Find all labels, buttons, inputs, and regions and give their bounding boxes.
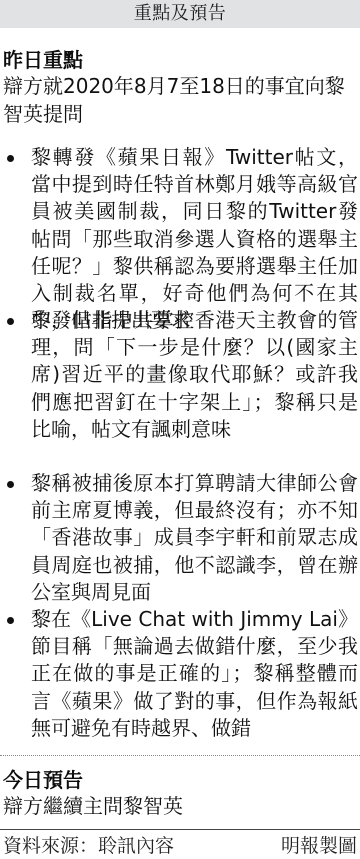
bullet-icon xyxy=(7,617,14,624)
highlight-text: 黎在《Live Chat with Jimmy Lai》節目稱「無論過去做錯什麼… xyxy=(31,607,358,740)
highlight-item: 黎在《Live Chat with Jimmy Lai》節目稱「無論過去做錯什麼… xyxy=(0,606,360,742)
highlight-text: 黎發帖指中共掌控香港天主教會的管理，問「下一步是什麼？以(國家主席)習近平的畫像… xyxy=(31,308,358,441)
today-text: 辯方繼續主問黎智英 xyxy=(3,793,359,821)
panel-title: 重點及預告 xyxy=(134,3,227,24)
yesterday-intro: 辯方就2020年8月7至18日的事宜向黎智英提問 xyxy=(3,73,359,128)
bullet-icon xyxy=(7,155,14,162)
highlight-text: 黎稱被捕後原本打算聘請大律師公會前主席夏博義，但最終沒有；亦不知「香港故事」成員… xyxy=(31,471,358,604)
highlight-text: 黎轉發《蘋果日報》Twitter帖文，當中提到時任特首林鄭月娥等高級官員被美國制… xyxy=(31,145,358,332)
today-section-title: 今日預告 xyxy=(3,764,83,793)
yesterday-highlights-list: 黎轉發《蘋果日報》Twitter帖文，當中提到時任特首林鄭月娥等高級官員被美國制… xyxy=(0,144,360,742)
source-credit: 資料來源：聆訊內容 xyxy=(3,831,174,858)
yesterday-section-title: 昨日重點 xyxy=(3,44,83,73)
bullet-icon xyxy=(7,318,14,325)
highlight-item: 黎轉發《蘋果日報》Twitter帖文，當中提到時任特首林鄭月娥等高級官員被美國制… xyxy=(0,144,360,307)
footer: 資料來源：聆訊內容 明報製圖 xyxy=(3,830,357,859)
highlight-item: 黎稱被捕後原本打算聘請大律師公會前主席夏博義，但最終沒有；亦不知「香港故事」成員… xyxy=(0,470,360,606)
panel-header: 重點及預告 xyxy=(0,0,360,28)
highlight-item: 黎發帖指中共掌控香港天主教會的管理，問「下一步是什麼？以(國家主席)習近平的畫像… xyxy=(0,307,360,470)
bullet-icon xyxy=(7,481,14,488)
graphic-credit: 明報製圖 xyxy=(281,831,357,858)
section-divider xyxy=(0,755,360,756)
